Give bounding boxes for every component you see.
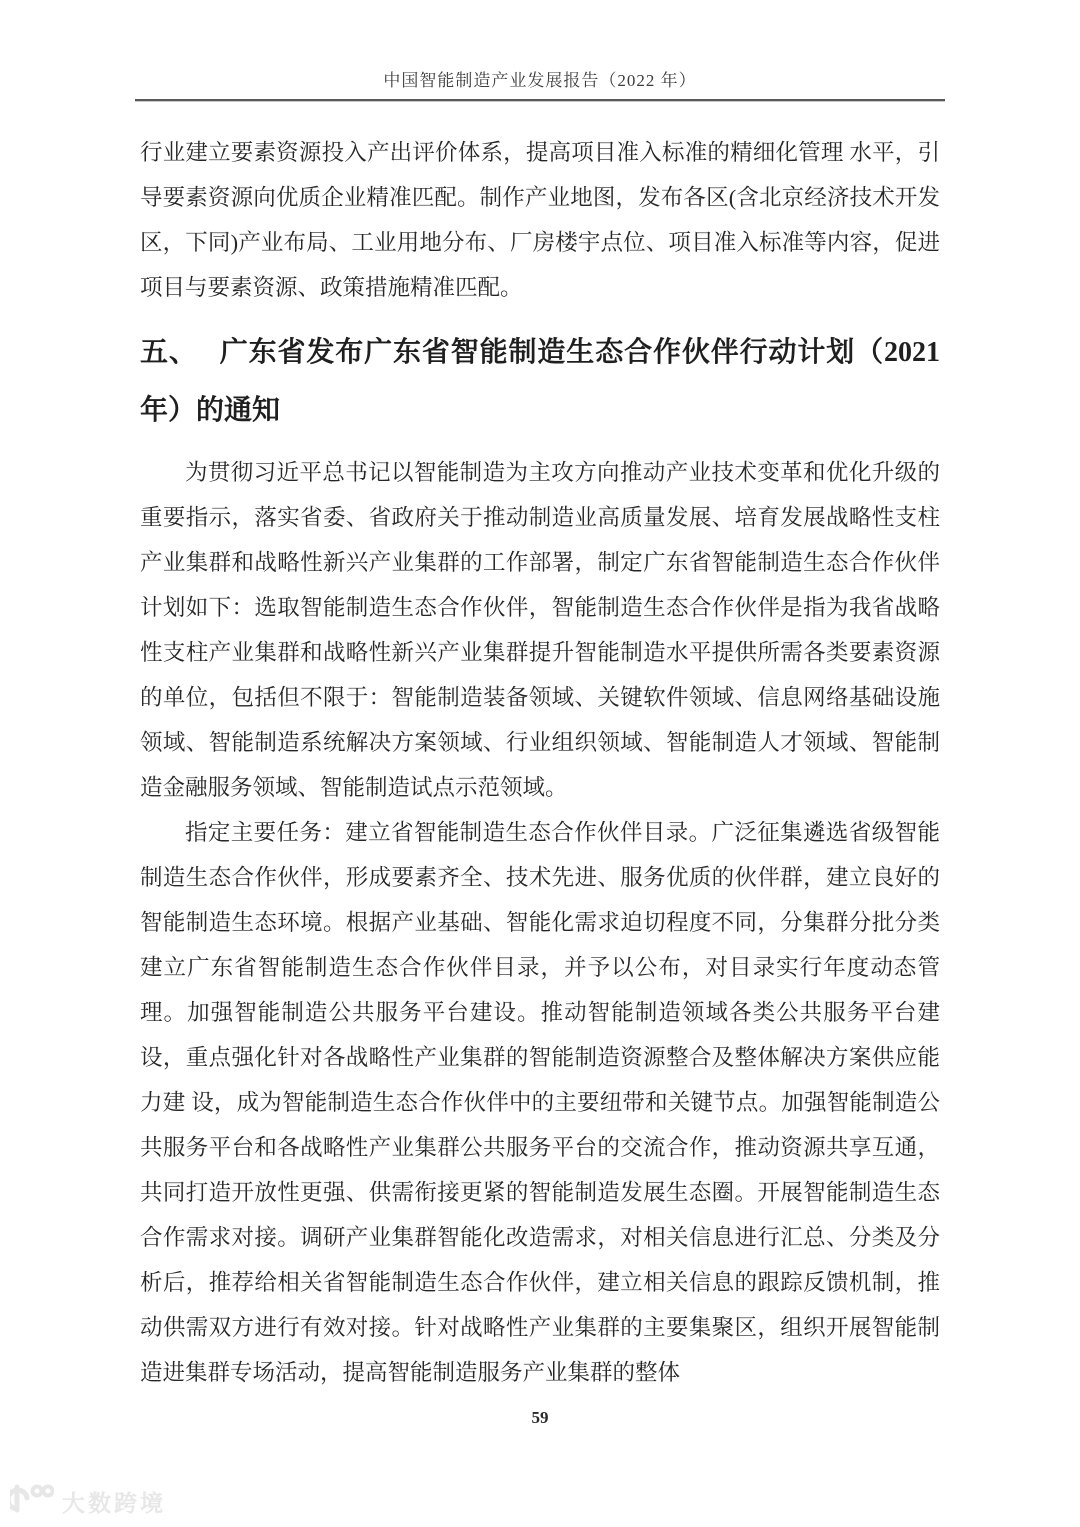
dashukuajing-logo-icon bbox=[10, 1482, 54, 1521]
paragraph-continuation: 行业建立要素资源投入产出评价体系，提高项目准入标准的精细化管理 水平，引导要素资… bbox=[140, 130, 940, 310]
page-number: 59 bbox=[0, 1408, 1080, 1428]
paragraph-notice-intro: 为贯彻习近平总书记以智能制造为主攻方向推动产业技术变革和优化升级的重要指示，落实… bbox=[140, 450, 940, 810]
section-number: 五、 bbox=[140, 337, 198, 368]
header-divider bbox=[135, 99, 945, 102]
watermark-text: 大数跨境 bbox=[62, 1485, 166, 1518]
page-content: 行业建立要素资源投入产出评价体系，提高项目准入标准的精细化管理 水平，引导要素资… bbox=[140, 130, 940, 1395]
document-page: 中国智能制造产业发展报告（2022 年） 行业建立要素资源投入产出评价体系，提高… bbox=[0, 0, 1080, 1527]
section-heading: 五、广东省发布广东省智能制造生态合作伙伴行动计划（2021 年）的通知 bbox=[140, 324, 940, 440]
paragraph-main-tasks: 指定主要任务：建立省智能制造生态合作伙伴目录。广泛征集遴选省级智能制造生态合作伙… bbox=[140, 810, 940, 1395]
report-title: 中国智能制造产业发展报告（2022 年） bbox=[0, 66, 1080, 91]
section-title: 广东省发布广东省智能制造生态合作伙伴行动计划（2021 年）的通知 bbox=[140, 337, 940, 426]
watermark: 大数跨境 bbox=[10, 1482, 166, 1521]
